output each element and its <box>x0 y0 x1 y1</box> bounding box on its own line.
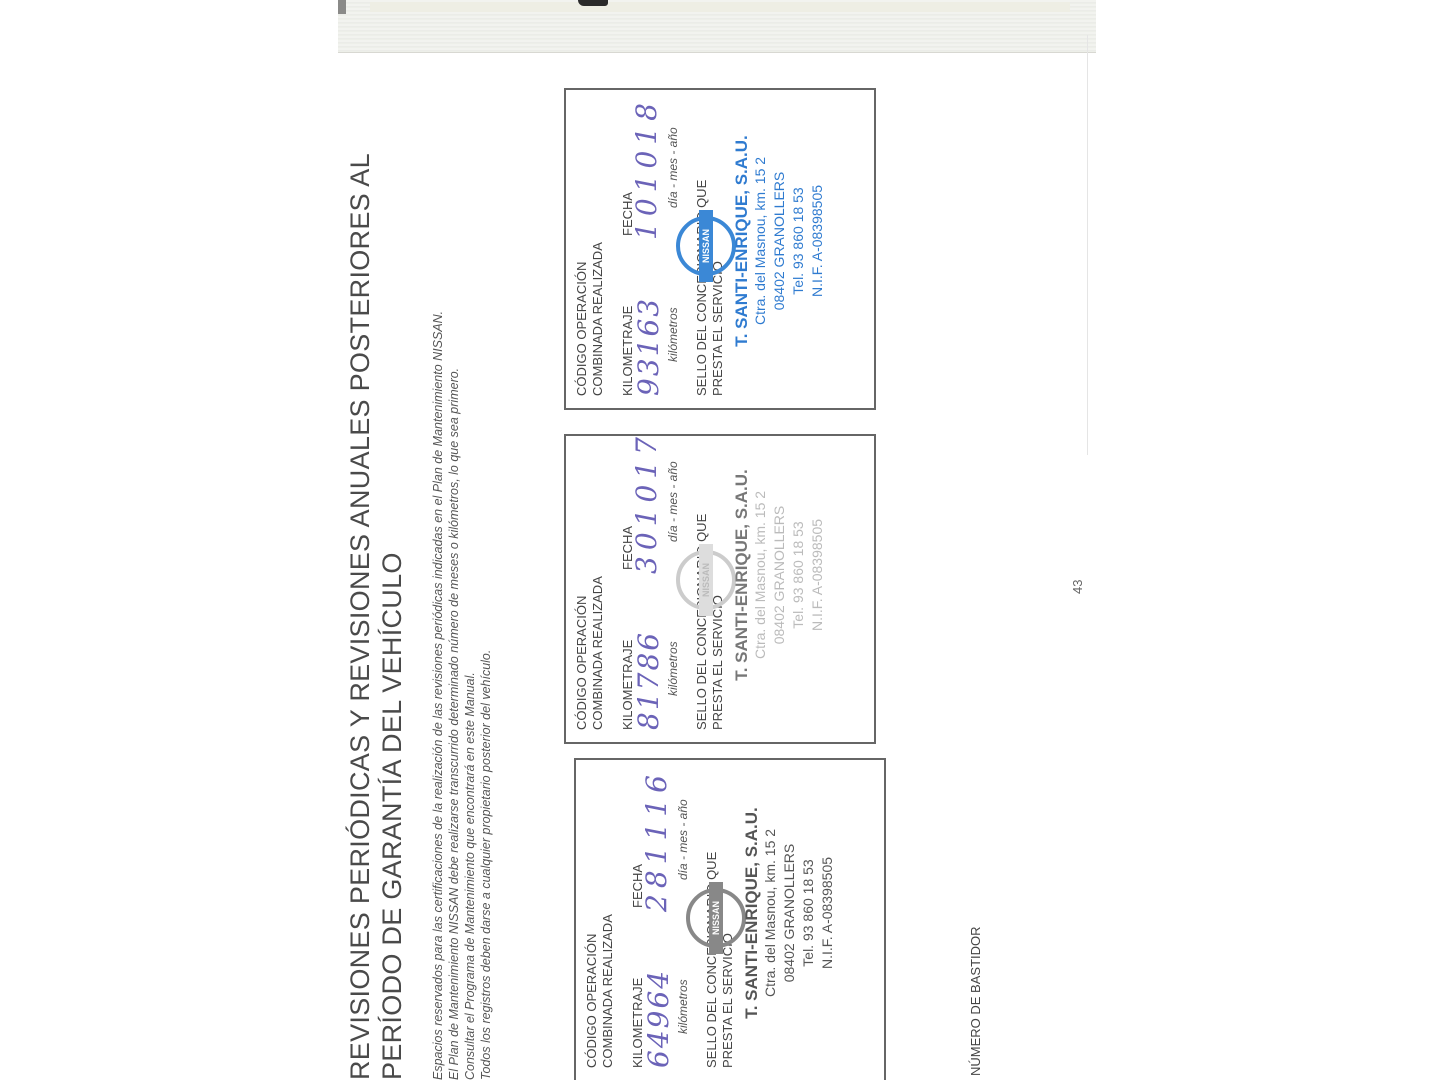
page-number: 43 <box>1070 580 1085 594</box>
dealer-stamp: T. SANTI-ENRIQUE, S.A.U. Ctra. del Masno… <box>732 96 827 386</box>
dealer-city: 08402 GRANOLLERS <box>770 430 789 720</box>
intro-line: Todos los registros deben darse a cualqu… <box>478 311 494 1080</box>
dealer-phone: Tel. 93 860 18 53 <box>789 430 808 720</box>
date-format: día - mes - año <box>666 127 680 208</box>
date-format: día - mes - año <box>676 799 690 880</box>
dealer-phone: Tel. 93 860 18 53 <box>789 96 808 386</box>
page-title: REVISIONES PERIÓDICAS Y REVISIONES ANUAL… <box>344 153 408 1080</box>
code-label-line-1: CÓDIGO OPERACIÓN <box>574 576 590 730</box>
intro-text: Espacios reservados para las certificaci… <box>430 311 494 1080</box>
dealer-name: T. SANTI-ENRIQUE, S.A.U. <box>732 96 751 386</box>
mileage-value: 81786 <box>632 631 665 730</box>
date-value: 101018 <box>630 97 663 240</box>
mileage-unit: kilómetros <box>666 307 680 362</box>
vin-label: NÚMERO DE BASTIDOR <box>968 926 983 1076</box>
dealer-nif: N.I.F. A-08398505 <box>818 768 837 1058</box>
mileage-unit: kilómetros <box>666 641 680 696</box>
intro-line: Espacios reservados para las certificaci… <box>430 311 446 1080</box>
dealer-name: T. SANTI-ENRIQUE, S.A.U. <box>732 430 751 720</box>
nissan-logo-icon: NISSAN <box>676 216 736 276</box>
dealer-address: Ctra. del Masnou, km. 15 2 <box>761 768 780 1058</box>
code-label-line-2: COMBINADA REALIZADA <box>590 576 606 730</box>
logo-text: NISSAN <box>699 210 713 282</box>
dealer-city: 08402 GRANOLLERS <box>770 96 789 386</box>
code-label-line-1: CÓDIGO OPERACIÓN <box>574 242 590 396</box>
service-record-card-3: CÓDIGO OPERACIÓN COMBINADA REALIZADA KIL… <box>564 88 876 410</box>
dealer-nif: N.I.F. A-08398505 <box>808 96 827 386</box>
nissan-logo-icon: NISSAN <box>676 550 736 610</box>
logo-text: NISSAN <box>709 882 723 954</box>
title-line-1: REVISIONES PERIÓDICAS Y REVISIONES ANUAL… <box>344 153 376 1080</box>
dealer-address: Ctra. del Masnou, km. 15 2 <box>751 96 770 386</box>
logo-text: NISSAN <box>699 544 713 616</box>
dealer-stamp: T. SANTI-ENRIQUE, S.A.U. Ctra. del Masno… <box>732 430 827 720</box>
service-record-card-2: CÓDIGO OPERACIÓN COMBINADA REALIZADA KIL… <box>564 434 876 744</box>
mileage-unit: kilómetros <box>676 979 690 1034</box>
dealer-phone: Tel. 93 860 18 53 <box>799 768 818 1058</box>
service-record-card-1: CÓDIGO OPERACIÓN COMBINADA REALIZADA KIL… <box>574 758 886 1080</box>
dealer-city: 08402 GRANOLLERS <box>780 768 799 1058</box>
code-label-line-2: COMBINADA REALIZADA <box>600 914 616 1068</box>
operation-code-label: CÓDIGO OPERACIÓN COMBINADA REALIZADA <box>574 242 606 396</box>
dealer-nif: N.I.F. A-08398505 <box>808 430 827 720</box>
date-value: 281116 <box>640 769 673 912</box>
dealer-name: T. SANTI-ENRIQUE, S.A.U. <box>742 768 761 1058</box>
dealer-address: Ctra. del Masnou, km. 15 2 <box>751 430 770 720</box>
intro-line: Consultar el Programa de Mantenimiento q… <box>462 311 478 1080</box>
intro-line: El Plan de Mantenimiento NISSAN debe rea… <box>446 311 462 1080</box>
mileage-value: 93163 <box>632 297 665 396</box>
nissan-logo-icon: NISSAN <box>686 888 746 948</box>
date-format: día - mes - año <box>666 461 680 542</box>
dealer-stamp: T. SANTI-ENRIQUE, S.A.U. Ctra. del Masno… <box>742 768 837 1058</box>
title-line-2: PERÍODO DE GARANTÍA DEL VEHÍCULO <box>376 153 408 1080</box>
code-label-line-2: COMBINADA REALIZADA <box>590 242 606 396</box>
operation-code-label: CÓDIGO OPERACIÓN COMBINADA REALIZADA <box>584 914 616 1068</box>
manual-page: REVISIONES PERIÓDICAS Y REVISIONES ANUAL… <box>338 0 1098 1080</box>
date-value: 301017 <box>630 431 663 574</box>
operation-code-label: CÓDIGO OPERACIÓN COMBINADA REALIZADA <box>574 576 606 730</box>
code-label-line-1: CÓDIGO OPERACIÓN <box>584 914 600 1068</box>
mileage-value: 64964 <box>642 969 675 1068</box>
